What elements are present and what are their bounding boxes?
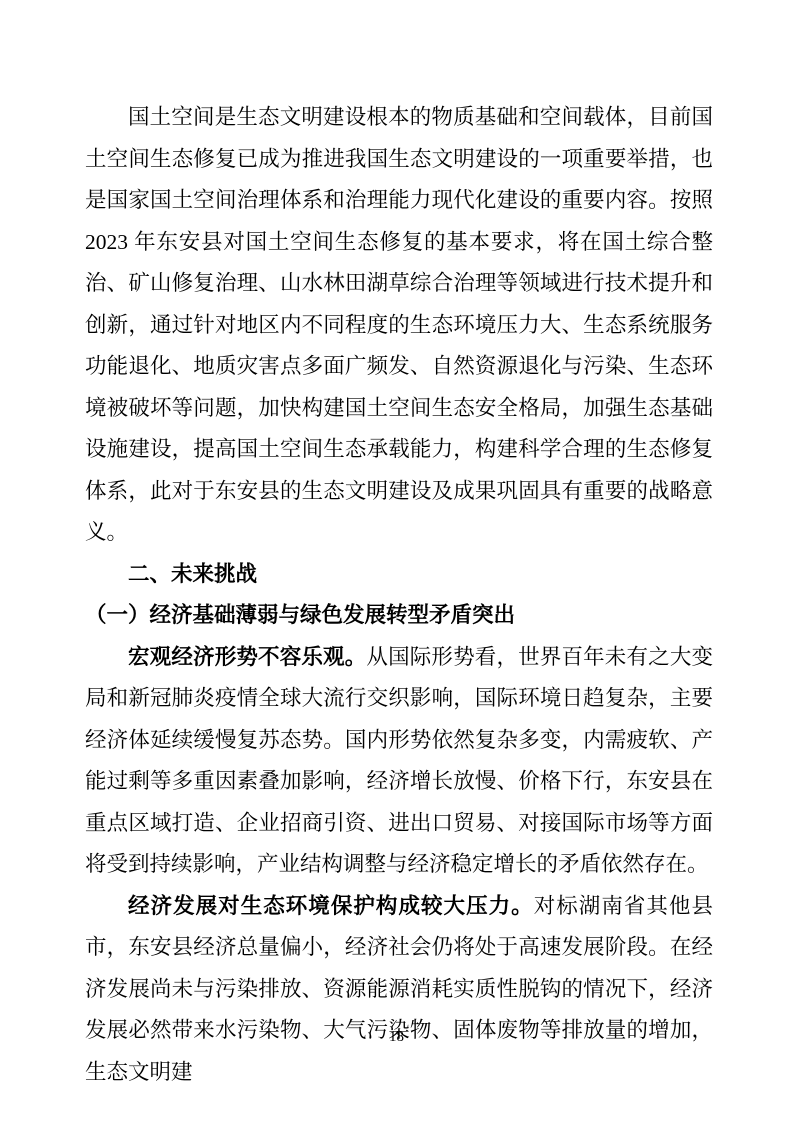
subsection-heading-economic-foundation: （一）经济基础薄弱与绿色发展转型矛盾突出 (85, 595, 713, 637)
paragraph-economic-pressure: 经济发展对生态环境保护构成较大压力。对标湖南省其他县市，东安县经济总量偏小，经济… (85, 886, 713, 1094)
paragraph-macro-economy-lead: 宏观经济形势不容乐观。 (128, 645, 366, 669)
document-body: 国土空间是生态文明建设根本的物质基础和空间载体，目前国土空间生态修复已成为推进我… (85, 97, 713, 1093)
document-page: 国土空间是生态文明建设根本的物质基础和空间载体，目前国土空间生态修复已成为推进我… (0, 0, 793, 1122)
paragraph-macro-economy-body: 从国际形势看，世界百年未有之大变局和新冠肺炎疫情全球大流行交织影响，国际环境日趋… (85, 645, 713, 877)
paragraph-economic-pressure-lead: 经济发展对生态环境保护构成较大压力。 (128, 894, 534, 918)
paragraph-macro-economy: 宏观经济形势不容乐观。从国际形势看，世界百年未有之大变局和新冠肺炎疫情全球大流行… (85, 637, 713, 886)
paragraph-land-space: 国土空间是生态文明建设根本的物质基础和空间载体，目前国土空间生态修复已成为推进我… (85, 97, 713, 554)
page-footer: 18 (0, 1028, 793, 1046)
page-number: 18 (389, 1029, 404, 1045)
section-heading-future-challenges: 二、未来挑战 (85, 554, 713, 596)
paragraph-economic-pressure-body: 对标湖南省其他县市，东安县经济总量偏小，经济社会仍将处于高速发展阶段。在经济发展… (85, 894, 713, 1084)
